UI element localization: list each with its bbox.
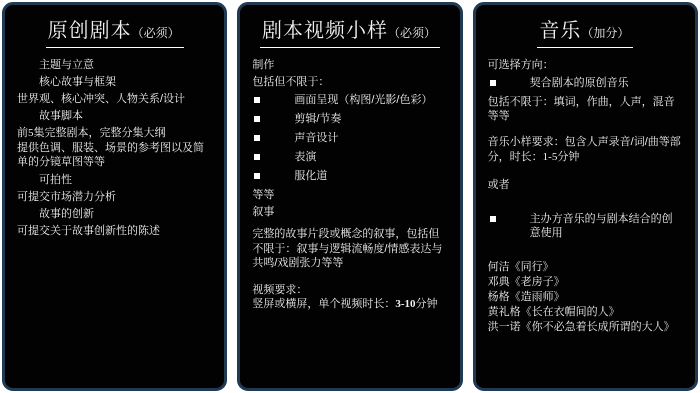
text-line: 可提交市场潜力分析 bbox=[17, 190, 212, 204]
text-line: 制作 bbox=[252, 58, 447, 72]
text-line: 可选择方向： bbox=[488, 58, 683, 72]
bullet-item: 契合剧本的原创音乐 bbox=[488, 76, 683, 90]
panel-title-underline: 原创剧本（必须） bbox=[46, 18, 184, 48]
square-bullet-icon bbox=[254, 173, 260, 179]
bullet-item: 画面呈现（构图/光影/色彩） bbox=[252, 93, 447, 107]
square-bullet-icon bbox=[254, 116, 260, 122]
panel-title-text: 音乐 bbox=[539, 20, 581, 42]
sub-heading-line: 核心故事与框架 bbox=[17, 75, 212, 89]
text-line: 完整的故事片段或概念的叙事，包括但不限于：叙事与逻辑流畅度/情感表达与共鸣/戏剧… bbox=[252, 227, 447, 271]
bullet-item: 主办方音乐的与剧本结合的创意使用 bbox=[488, 212, 683, 240]
song-line: 邓典《老房子》 bbox=[488, 275, 683, 290]
panel-title-text: 原创剧本 bbox=[48, 20, 132, 42]
bullet-text: 主办方音乐的与剧本结合的创意使用 bbox=[530, 212, 683, 240]
panel-music: 音乐（加分） 可选择方向：契合剧本的原创音乐包括不限于：填词，作曲，人声，混音等… bbox=[473, 2, 698, 391]
panel-title-underline: 剧本视频小样（必须） bbox=[260, 18, 440, 48]
bullet-text: 契合剧本的原创音乐 bbox=[530, 76, 683, 90]
text-segment: 分钟 bbox=[557, 151, 579, 163]
text-segment: 集完整剧本，完整分集大纲 bbox=[34, 127, 166, 139]
text-segment: 竖屏或横屏，单个视频时长： bbox=[252, 298, 395, 310]
sub-heading-line: 可拍性 bbox=[17, 173, 212, 187]
square-bullet-icon bbox=[254, 97, 260, 103]
text-line: 前5集完整剧本，完整分集大纲 bbox=[17, 126, 212, 141]
panel-video-sample: 剧本视频小样（必须） 制作包括但不限于：画面呈现（构图/光影/色彩）剪辑/节奏声… bbox=[237, 2, 462, 391]
panel-title: 剧本视频小样（必须） bbox=[252, 18, 447, 48]
bullet-item: 声音设计 bbox=[252, 131, 447, 145]
square-bullet-icon bbox=[490, 216, 496, 222]
panel-title: 音乐（加分） bbox=[488, 18, 683, 48]
panel-content: 制作包括但不限于：画面呈现（构图/光影/色彩）剪辑/节奏声音设计表演服化道等等叙… bbox=[252, 58, 447, 312]
panel-title-suffix: （加分） bbox=[581, 26, 629, 40]
bullet-text: 表演 bbox=[294, 150, 447, 164]
bullet-text: 剪辑/节奏 bbox=[294, 112, 447, 126]
spacer bbox=[488, 195, 683, 208]
song-line: 洪一诺《你不必急着长成所谓的大人》 bbox=[488, 320, 683, 335]
text-segment: 3-10 bbox=[395, 298, 415, 310]
bullet-text: 声音设计 bbox=[294, 131, 447, 145]
spacer bbox=[488, 126, 683, 135]
text-line: 叙事 bbox=[252, 205, 447, 219]
bullet-item: 表演 bbox=[252, 150, 447, 164]
square-bullet-icon bbox=[490, 80, 496, 86]
text-segment: 前 bbox=[17, 127, 28, 139]
text-line: 可提交关于故事创新性的陈述 bbox=[17, 224, 212, 238]
panel-title: 原创剧本（必须） bbox=[17, 18, 212, 48]
slide-board: 原创剧本（必须） 主题与立意核心故事与框架世界观、核心冲突、人物关系/设计故事脚… bbox=[0, 0, 700, 393]
text-line: 等等 bbox=[252, 188, 447, 202]
sub-heading-line: 主题与立意 bbox=[17, 58, 212, 72]
bullet-text: 服化道 bbox=[294, 169, 447, 183]
text-segment: 1-5 bbox=[543, 151, 558, 163]
sub-heading-line: 故事的创新 bbox=[17, 207, 212, 221]
text-line: 包括但不限于： bbox=[252, 75, 447, 89]
song-line: 黄礼格《长在衣帽间的人》 bbox=[488, 305, 683, 320]
text-segment: 分钟 bbox=[416, 298, 438, 310]
text-line: 视频要求： bbox=[252, 283, 447, 298]
text-line: 竖屏或横屏，单个视频时长：3-10分钟 bbox=[252, 297, 447, 312]
text-line: 世界观、核心冲突、人物关系/设计 bbox=[17, 92, 212, 106]
text-line: 包括不限于：填词，作曲，人声，混音等等 bbox=[488, 95, 683, 123]
square-bullet-icon bbox=[254, 135, 260, 141]
panel-title-suffix: （必须） bbox=[388, 26, 436, 40]
spacer bbox=[252, 271, 447, 283]
spacer bbox=[488, 164, 683, 175]
song-line: 杨格《造雨师》 bbox=[488, 290, 683, 305]
text-segment: 音乐小样要求：包含人声录音/词/曲等部分，时长： bbox=[488, 136, 681, 163]
bullet-text: 画面呈现（构图/光影/色彩） bbox=[294, 93, 447, 107]
panel-content: 主题与立意核心故事与框架世界观、核心冲突、人物关系/设计故事脚本前5集完整剧本，… bbox=[17, 58, 212, 238]
panel-content: 可选择方向：契合剧本的原创音乐包括不限于：填词，作曲，人声，混音等等音乐小样要求… bbox=[488, 58, 683, 335]
panel-title-text: 剧本视频小样 bbox=[262, 20, 388, 42]
bullet-item: 服化道 bbox=[252, 169, 447, 183]
text-line: 提供色调、服装、场景的参考图以及简单的分镜草图等等 bbox=[17, 141, 212, 170]
text-line: 音乐小样要求：包含人声录音/词/曲等部分，时长：1-5分钟 bbox=[488, 135, 683, 164]
square-bullet-icon bbox=[254, 154, 260, 160]
song-line: 何洁《同行》 bbox=[488, 260, 683, 275]
panel-title-suffix: （必须） bbox=[132, 26, 180, 40]
text-line: 或者 bbox=[488, 178, 683, 192]
sub-heading-line: 故事脚本 bbox=[17, 109, 212, 123]
panel-title-underline: 音乐（加分） bbox=[537, 18, 633, 48]
spacer bbox=[488, 245, 683, 260]
bullet-item: 剪辑/节奏 bbox=[252, 112, 447, 126]
panel-original-script: 原创剧本（必须） 主题与立意核心故事与框架世界观、核心冲突、人物关系/设计故事脚… bbox=[2, 2, 227, 391]
